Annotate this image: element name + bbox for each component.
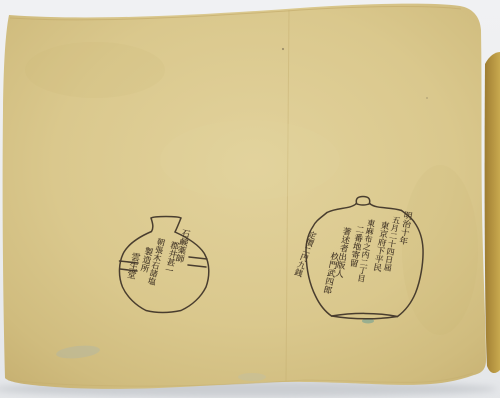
inscriptions-layer: 石鹸薬師 郡井甚一 朝張木石諸塩 製造所 雲生堂 明治十年 五月二十四日届 東京…: [0, 0, 500, 398]
photo-of-album-page: 石鹸薬師 郡井甚一 朝張木石諸塩 製造所 雲生堂 明治十年 五月二十四日届 東京…: [0, 0, 500, 398]
right-jar-column: 明治十年: [397, 210, 412, 245]
right-jar-column: 定價二円九銭: [293, 230, 317, 278]
left-vase-column: 雲生堂: [124, 251, 139, 279]
